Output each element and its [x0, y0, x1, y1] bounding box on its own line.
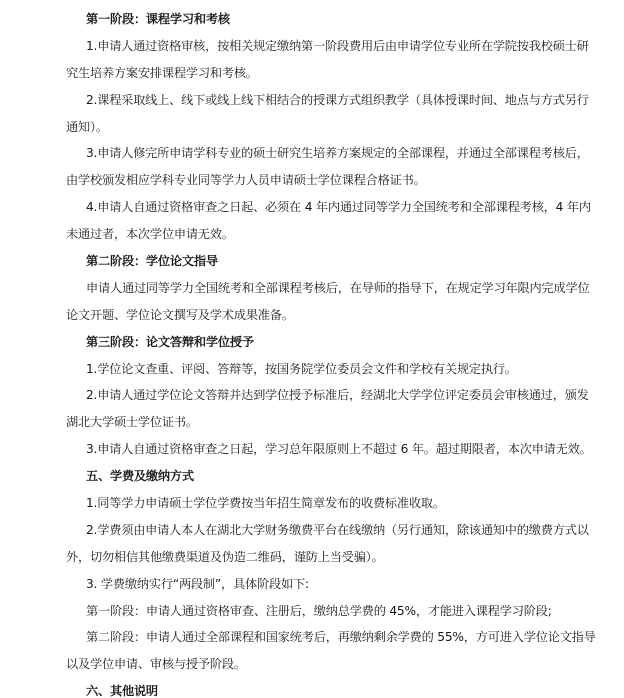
paragraph-line: 4.申请人自通过资格审查之日起、必须在 4 年内通过同等学力全国统考和全部课程考… — [66, 194, 566, 221]
paragraph-line: 以及学位申请、审核与授予阶段。 — [66, 651, 566, 678]
paragraph-line: 1.学位论文查重、评阅、答辩等，按国务院学位委员会文件和学校有关规定执行。 — [66, 356, 566, 383]
document-body: 第一阶段：课程学习和考核 1.申请人通过资格审核，按相关规定缴纳第一阶段费用后由… — [66, 6, 566, 698]
paragraph-line: 1.同等学力申请硕士学位学费按当年招生简章发布的收费标准收取。 — [66, 490, 566, 517]
paragraph-line: 外，切勿相信其他缴费渠道及伪造二维码，谨防上当受骗）。 — [66, 544, 566, 571]
paragraph-line: 3.申请人修完所申请学科专业的硕士研究生培养方案规定的全部课程，并通过全部课程考… — [66, 140, 566, 167]
heading-stage-1: 第一阶段：课程学习和考核 — [66, 6, 566, 33]
paragraph-line: 3.申请人自通过资格审查之日起，学习总年限原则上不超过 6 年。超过期限者，本次… — [66, 436, 566, 463]
paragraph-line: 2.申请人通过学位论文答辩并达到学位授予标准后，经湖北大学学位评定委员会审核通过… — [66, 382, 566, 409]
heading-stage-2: 第二阶段：学位论文指导 — [66, 248, 566, 275]
paragraph-line: 2.学费须由申请人本人在湖北大学财务缴费平台在线缴纳（另行通知，除该通知中的缴费… — [66, 517, 566, 544]
heading-section-5: 五、学费及缴纳方式 — [66, 463, 566, 490]
paragraph-line: 1.申请人通过资格审核，按相关规定缴纳第一阶段费用后由申请学位专业所在学院按我校… — [66, 33, 566, 60]
paragraph-line: 2.课程采取线上、线下或线上线下相结合的授课方式组织教学（具体授课时间、地点与方… — [66, 87, 566, 114]
paragraph-line: 未通过者，本次学位申请无效。 — [66, 221, 566, 248]
paragraph-line: 3. 学费缴纳实行“两段制”，具体阶段如下: — [66, 571, 566, 598]
paragraph-line: 论文开题、学位论文撰写及学术成果准备。 — [66, 302, 566, 329]
paragraph-line: 通知）。 — [66, 114, 566, 141]
paragraph-line: 第二阶段：申请人通过全部课程和国家统考后，再缴纳剩余学费的 55%，方可进入学位… — [66, 624, 566, 651]
heading-section-6: 六、其他说明 — [66, 678, 566, 698]
heading-stage-3: 第三阶段：论文答辩和学位授予 — [66, 329, 566, 356]
paragraph-line: 第一阶段：申请人通过资格审查、注册后，缴纳总学费的 45%，才能进入课程学习阶段… — [66, 598, 566, 625]
paragraph-line: 湖北大学硕士学位证书。 — [66, 409, 566, 436]
paragraph-line: 由学校颁发相应学科专业同等学力人员申请硕士学位课程合格证书。 — [66, 167, 566, 194]
paragraph-line: 究生培养方案安排课程学习和考核。 — [66, 60, 566, 87]
paragraph-line: 申请人通过同等学力全国统考和全部课程考核后，在导师的指导下，在规定学习年限内完成… — [66, 275, 566, 302]
